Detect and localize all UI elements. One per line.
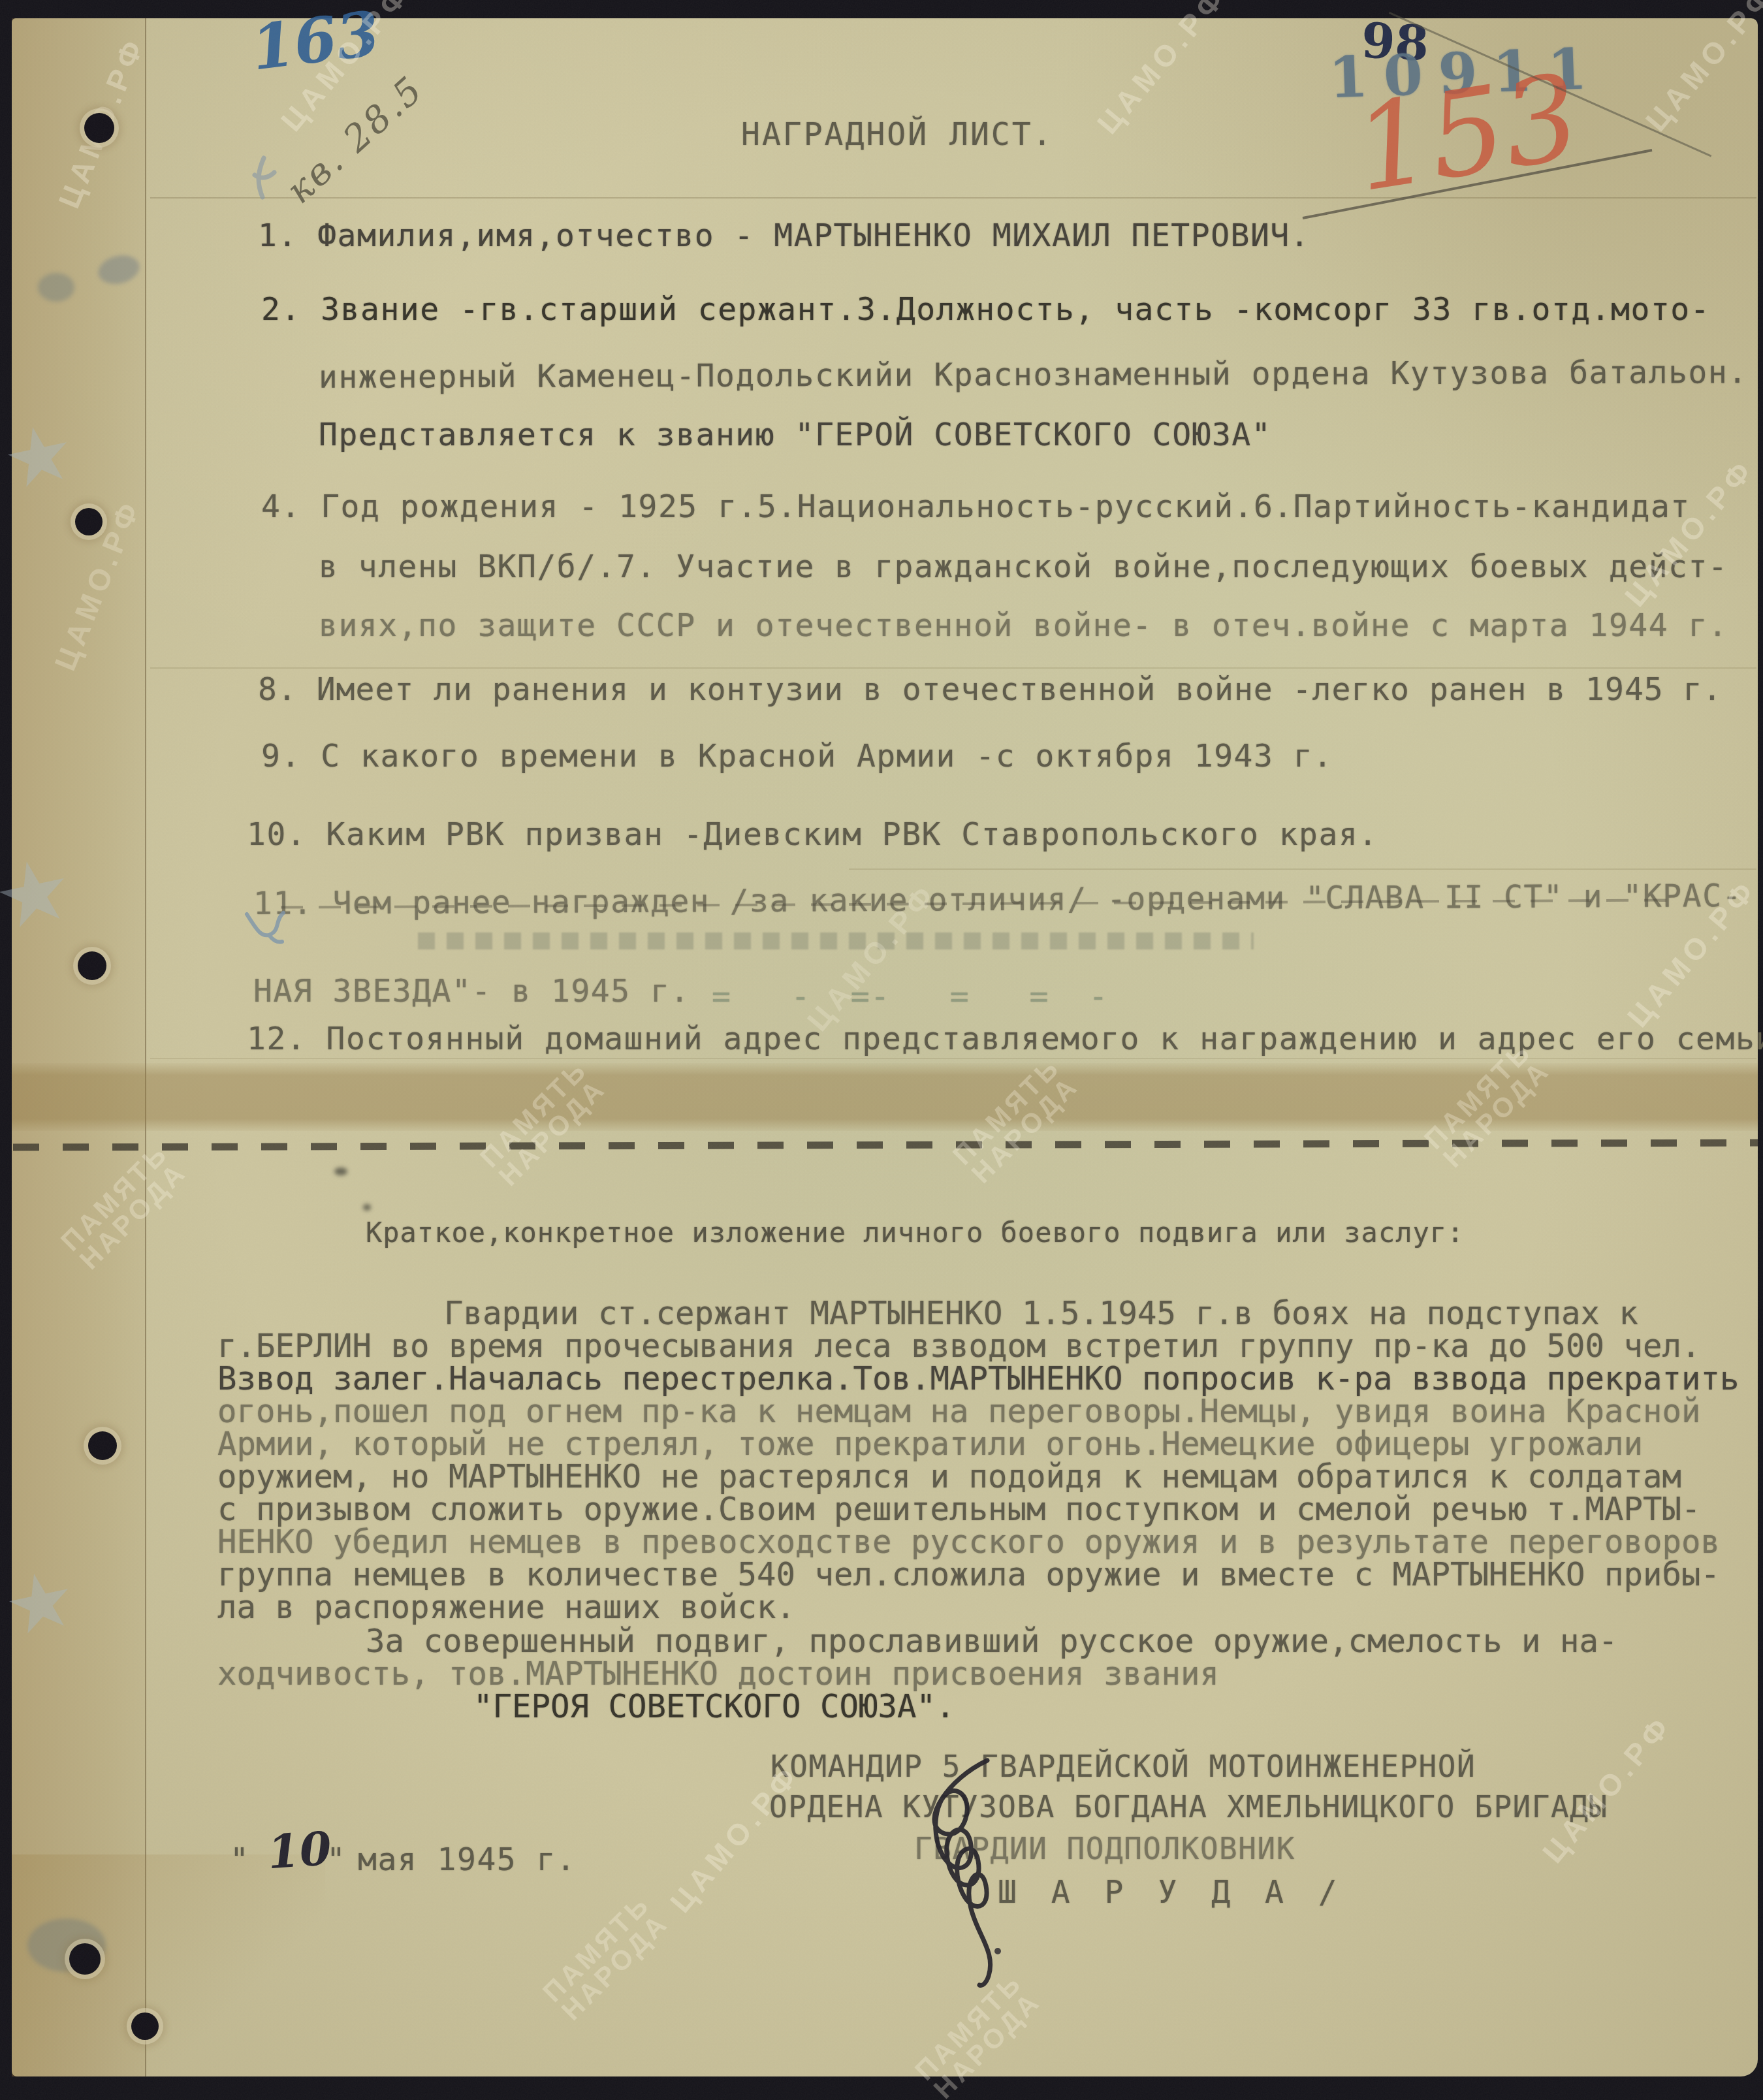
- form-item-2-3-line-2: инженерный Каменец-Подольскийи Краснозна…: [319, 355, 1748, 394]
- citation-line: с призывом сложить оружие.Своим решитель…: [217, 1492, 1701, 1527]
- faint-rule: [150, 197, 1756, 199]
- date-month-year: мая 1945 г.: [358, 1843, 576, 1877]
- binding-edge-strip: [12, 18, 146, 2076]
- form-item-4-7-line-3: виях,по защите СССР и отечественной войн…: [319, 609, 1728, 643]
- form-item-11-trailing-marks: = - =- = = -: [712, 979, 1109, 1014]
- scanned-award-document-page: НАГРАДНОЙ ЛИСТ. 1. Фамилия,имя,отчество …: [0, 0, 1763, 2100]
- form-item-8: 8. Имеет ли ранения и контузии в отечест…: [258, 673, 1722, 707]
- form-item-10: 10. Каким РВК призван -Диевским РВК Став…: [247, 818, 1378, 852]
- citation-line: ла в распоряжение наших войск.: [217, 1590, 795, 1625]
- citation-line: группа немцев в количестве 540 чел.сложи…: [217, 1557, 1720, 1593]
- form-item-11-line-2: НАЯ ЗВЕЗДА"- в 1945 г.: [253, 974, 690, 1009]
- citation-line: Армии, который не стрелял, тоже прекрати…: [217, 1427, 1643, 1462]
- citation-line: НЕНКО убедил немцев в превосходстве русс…: [217, 1525, 1720, 1560]
- erased-line: [418, 932, 1254, 949]
- form-item-1: 1. Фамилия,имя,отчество - МАРТЫНЕНКО МИХ…: [258, 219, 1310, 253]
- form-item-12: 12. Постоянный домашний адрес представля…: [247, 1022, 1763, 1057]
- citation-conclusion-line: ходчивость, тов.МАРТЫНЕНКО достоин присв…: [217, 1657, 1219, 1692]
- citation-line: г.БЕРЛИН во время прочесывания леса взво…: [217, 1329, 1701, 1364]
- citation-line: Взвод залег.Началась перестрелка.Тов.МАР…: [217, 1361, 1739, 1397]
- citation-heading: Краткое,конкретное изложение личного бое…: [366, 1218, 1464, 1248]
- punch-hole: [131, 2013, 159, 2040]
- faint-rule: [150, 667, 1756, 669]
- form-item-4-7-line-2: в члены ВКП/б/.7. Участие в гражданской …: [319, 550, 1728, 584]
- date-quote-close: ": [326, 1843, 346, 1877]
- form-item-4-7-line-1: 4. Год рождения - 1925 г.5.Национальност…: [261, 490, 1691, 524]
- punch-hole: [75, 508, 103, 535]
- ink-speck: [334, 1168, 347, 1175]
- signature-block-line-2: ОРДЕНА КУТУЗОВА БОГДАНА ХМЕЛЬНИЦКОГО БРИ…: [769, 1790, 1608, 1824]
- signature-block-line-1: КОМАНДИР 5 ГВАРДЕЙСКОЙ МОТОИНЖЕНЕРНОЙ: [770, 1750, 1476, 1783]
- citation-conclusion-line: За совершенный подвиг, прославивший русс…: [366, 1624, 1618, 1659]
- grey-smudge: [38, 273, 74, 302]
- document-title: НАГРАДНОЙ ЛИСТ.: [741, 118, 1053, 152]
- date-quote-open: ": [230, 1843, 249, 1877]
- citation-line: Гвардии ст.сержант МАРТЫНЕНКО 1.5.1945 г…: [444, 1296, 1638, 1331]
- citation-line: огонь,пошел под огнем пр-ка к немцам на …: [217, 1394, 1701, 1429]
- handwritten-signature: [909, 1755, 1066, 1990]
- punch-hole: [88, 1431, 117, 1460]
- punch-hole: [84, 113, 114, 143]
- citation-conclusion-line: "ГЕРОЯ СОВЕТСКОГО СОЮЗА".: [473, 1689, 955, 1725]
- vertical-crease: [145, 18, 146, 2076]
- punch-hole: [69, 1943, 101, 1975]
- blue-checkmark: [243, 905, 289, 947]
- faint-rule: [849, 868, 1756, 870]
- form-item-2-3-line-3: Представляется к званию "ГЕРОЙ СОВЕТСКОГ…: [319, 418, 1271, 453]
- punch-hole: [78, 951, 106, 980]
- form-item-2-3-line-1: 2. Звание -гв.старший сержант.3.Должност…: [261, 293, 1710, 327]
- handwritten-day: 10: [266, 1821, 333, 1880]
- form-item-9: 9. С какого времени в Красной Армии -с о…: [261, 739, 1333, 774]
- ink-speck: [363, 1204, 371, 1211]
- citation-line: оружием, но МАРТЫНЕНКО не растерялся и п…: [217, 1459, 1681, 1495]
- blue-smudge-mark: [249, 155, 278, 201]
